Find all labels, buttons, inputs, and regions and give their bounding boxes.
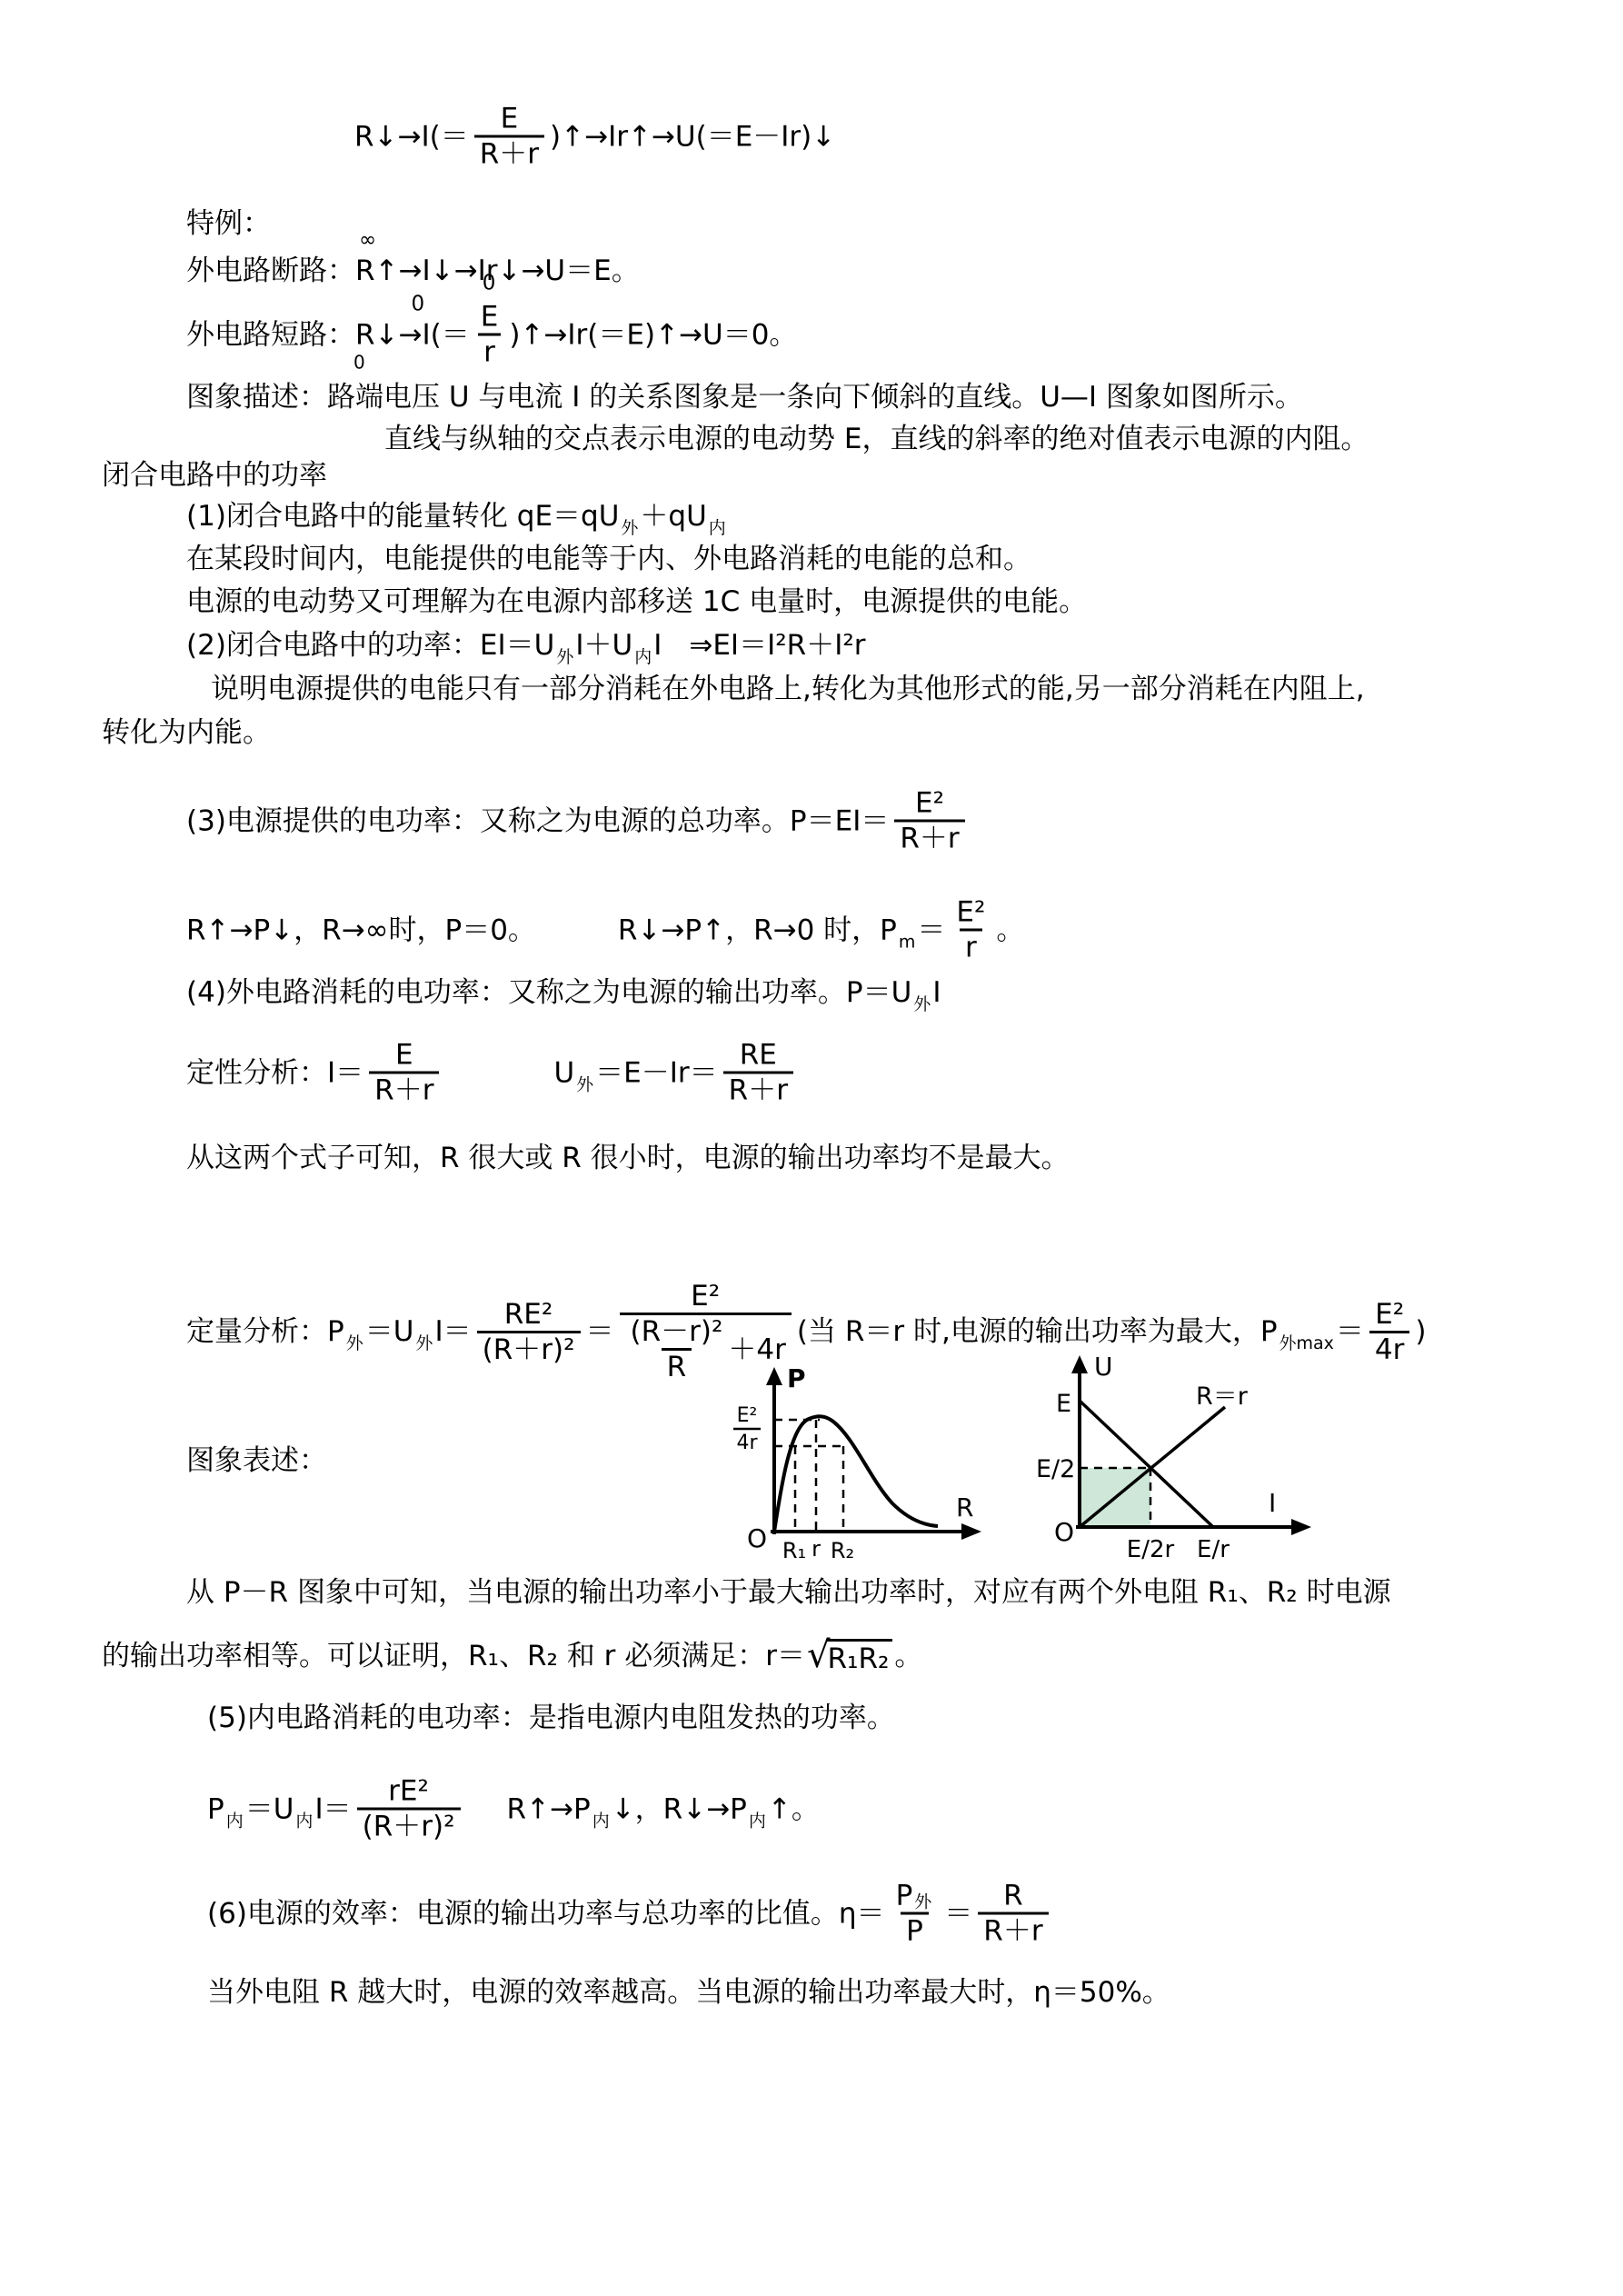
short-circuit-i: 0 I(＝	[423, 317, 470, 352]
line-item5-title: (5)内电路消耗的电功率：是指电源内电阻发热的功率。	[207, 1701, 895, 1735]
line-qualitative: 定性分析：I＝ E R＋r U外＝E－Ir＝ RE R＋r	[186, 1039, 799, 1107]
sub-wai: 外	[346, 1333, 363, 1353]
open-circuit-body: ∞ R↑→I↓→Ir↓→U＝E。	[355, 254, 640, 288]
fraction-i: E R＋r	[369, 1039, 439, 1107]
line-item2-note1: 说明电源提供的电能只有一部分消耗在外电路上,转化为其他形式的能,另一部分消耗在内…	[211, 672, 1365, 706]
fraction-re2: RE² (R＋r)²	[477, 1298, 581, 1366]
sub-wai: 外	[415, 1333, 433, 1353]
sub-wai: 外	[621, 518, 638, 538]
line-special-heading: 特例：	[186, 206, 271, 241]
formula-top-post: )↑→Ir↑→U(＝E－Ir)↓	[550, 119, 835, 154]
sub-wai: 外	[576, 1074, 593, 1094]
fraction-e-over-r: 0 E r	[475, 301, 504, 369]
pr-origin-label: O	[747, 1523, 767, 1553]
ui-origin-label: O	[1054, 1517, 1074, 1547]
sub-m: m	[899, 932, 916, 952]
fraction-inner: (R－r)² R	[625, 1315, 729, 1383]
line-item6: (6)电源的效率：电源的输出功率与总功率的比值。η＝ P外 P ＝ R R＋r	[207, 1880, 1054, 1948]
formula-top-pre: R↓→I(＝	[354, 119, 469, 154]
line-item4: (4)外电路消耗的电功率：又称之为电源的输出功率。P＝U外I	[186, 975, 941, 1010]
line-item3: (3)电源提供的电功率：又称之为电源的总功率。P＝EI＝ E² R＋r	[186, 787, 971, 855]
pr-y-arrow	[766, 1367, 782, 1385]
line-item2: (2)闭合电路中的功率：EI＝U外I＋U内I ⇒EI＝I²R＋I²r	[186, 628, 866, 663]
implies-formula: ⇒EI＝I²R＋I²r	[689, 628, 865, 663]
infinity-annotation: ∞	[359, 230, 376, 250]
line-short-circuit: 外电路短路： 0 R↓→ 0 I(＝ 0 E r )↑→Ir(＝E)↑→U＝0。	[186, 301, 797, 369]
sub-nei: 内	[634, 647, 652, 667]
sub-nei: 内	[295, 1811, 313, 1831]
line-pr-conclusion-1: 从 P－R 图象中可知，当电源的输出功率小于最大输出功率时，对应有两个外电阻 R…	[186, 1575, 1391, 1610]
square-root: √ R₁R₂	[807, 1639, 892, 1673]
pr-graph: P R O E² 4r R₁ r R₂	[718, 1354, 1018, 1577]
ui-half-emf-label: E/2	[1036, 1455, 1075, 1483]
zero-annotation-above: 0	[412, 294, 425, 314]
pr-tick-r1: R₁	[782, 1538, 806, 1563]
section-title: 闭合电路中的功率	[102, 458, 327, 493]
line-pr-conclusion-2: 的输出功率相等。可以证明，R₁、R₂ 和 r 必须满足：r＝ √ R₁R₂ 。	[102, 1639, 922, 1673]
pr-x-label: R	[956, 1492, 973, 1522]
pr-y-label: P	[787, 1363, 806, 1393]
zero-annotation-below: 0	[353, 354, 365, 370]
fraction-e2-over-r-plus-r: E² R＋r	[894, 787, 964, 855]
ui-y-arrow	[1071, 1355, 1088, 1373]
zero-annotation-above-e: 0	[483, 274, 496, 294]
special-heading: 特例：	[186, 206, 271, 241]
fraction-e2-over-r: E² r	[951, 896, 991, 964]
pr-curve	[774, 1416, 938, 1532]
fraction-e2-over-4r: E² 4r	[1369, 1298, 1409, 1366]
line-item1: (1)闭合电路中的能量转化 qE＝qU外＋qU内	[186, 499, 728, 534]
line-top-formula: R↓→I(＝ E R＋r )↑→Ir↑→U(＝E－Ir)↓	[354, 103, 835, 171]
line-item2-note2: 转化为内能。	[102, 715, 271, 750]
line-graph-desc-2: 直线与纵轴的交点表示电源的电动势 E，直线的斜率的绝对值表示电源的内阻。	[384, 422, 1369, 456]
fraction-re2-internal: rE² (R＋r)²	[357, 1775, 461, 1843]
pr-tick-r: r	[811, 1536, 821, 1562]
sub-nei: 内	[749, 1811, 766, 1831]
fraction-re-over-r-plus-r: RE R＋r	[723, 1039, 793, 1107]
sub-nei: 内	[709, 518, 726, 538]
document-page: R↓→I(＝ E R＋r )↑→Ir↑→U(＝E－Ir)↓ 特例： 外电路断路：…	[0, 0, 1623, 2296]
line-item3-behavior: R↑→P↓，R→∞时，P＝0。 R↓→P↑，R→0 时，Pm＝ E² r 。	[186, 896, 1024, 964]
ui-tick-e2r: E/2r	[1127, 1536, 1175, 1563]
ui-y-label: U	[1094, 1352, 1113, 1382]
line-graph-desc-1: 图象描述：路端电压 U 与电流 I 的关系图象是一条向下倾斜的直线。U—I 图象…	[186, 380, 1303, 414]
fraction-efficiency-2: R R＋r	[978, 1880, 1048, 1948]
radicand: R₁R₂	[826, 1639, 892, 1673]
pr-x-arrow	[961, 1523, 981, 1540]
ui-graph: U I O E E/2 R＝r E/2r E/r	[1034, 1339, 1334, 1575]
sub-wai: 外	[913, 994, 931, 1014]
line-item1-note1: 在某段时间内，电能提供的电能等于内、外电路消耗的电能的总和。	[186, 542, 1031, 576]
ui-x-label: I	[1269, 1488, 1276, 1518]
fraction-e-over-r-plus-r: E R＋r	[474, 103, 544, 171]
line-open-circuit: 外电路断路： ∞ R↑→I↓→Ir↓→U＝E。	[186, 254, 640, 288]
sub-nei: 内	[226, 1811, 244, 1831]
short-circuit-post: )↑→Ir(＝E)↑→U＝0。	[509, 317, 797, 352]
sub-nei: 内	[592, 1811, 610, 1831]
fraction-efficiency-1: P外 P	[891, 1880, 940, 1948]
short-circuit-r: 0 R↓→	[355, 317, 423, 352]
ui-x-arrow	[1291, 1519, 1311, 1535]
line-item5-formula: P内＝U内I＝ rE² (R＋r)² R↑→P内↓，R↓→P内↑。	[207, 1775, 820, 1843]
pr-tick-r2: R₂	[831, 1538, 854, 1563]
line-item6-note: 当外电阻 R 越大时，电源的效率越高。当电源的输出功率最大时，η＝50%。	[207, 1975, 1170, 2010]
open-circuit-label: 外电路断路：	[186, 254, 355, 288]
line-qualitative-conclusion: 从这两个式子可知，R 很大或 R 很小时，电源的输出功率均不是最大。	[186, 1141, 1070, 1175]
ui-line-label: R＝r	[1196, 1383, 1249, 1411]
pr-peak-den: 4r	[736, 1432, 758, 1454]
sub-wai: 外	[556, 647, 573, 667]
ui-tick-er: E/r	[1197, 1536, 1230, 1563]
line-item1-note2: 电源的电动势又可理解为在电源内部移送 1C 电量时，电源提供的电能。	[186, 584, 1087, 619]
ui-emf-label: E	[1056, 1390, 1071, 1418]
short-circuit-label: 外电路短路：	[186, 317, 355, 352]
pr-peak-num: E²	[737, 1404, 758, 1427]
line-graph-label: 图象表述：	[186, 1443, 327, 1478]
